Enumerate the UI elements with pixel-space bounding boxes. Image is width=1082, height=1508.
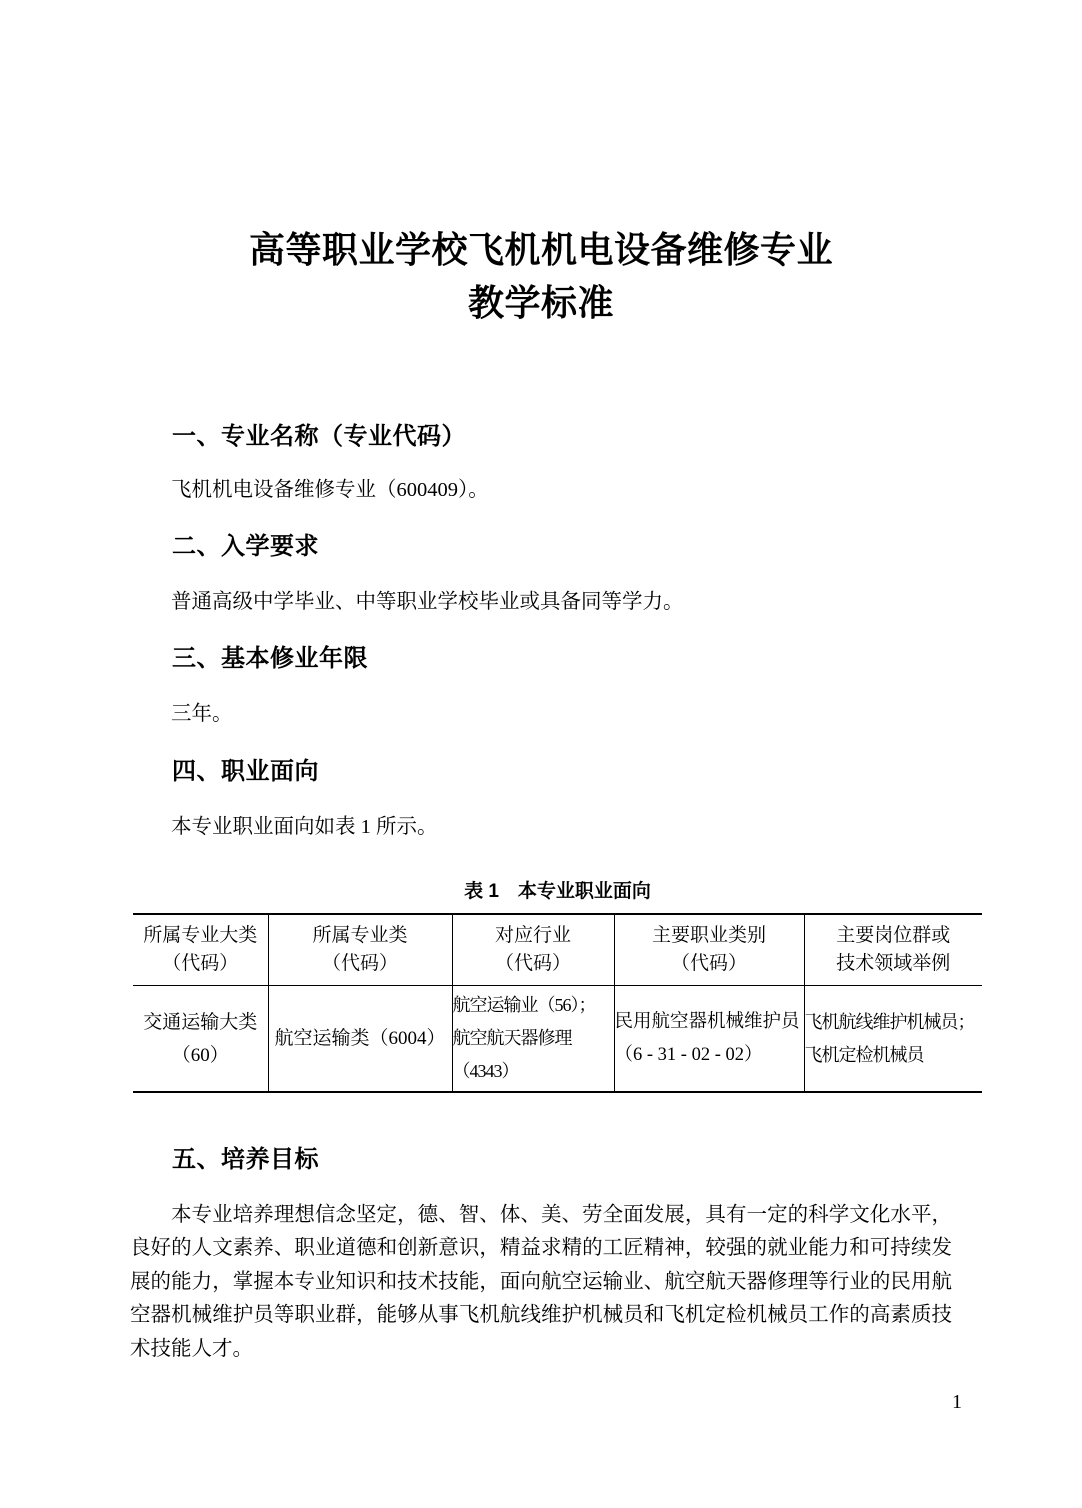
page-number: 1 (130, 1390, 962, 1414)
section-heading-1: 一、专业名称（专业代码） (172, 421, 952, 453)
document-title-line-2: 教学标准 (130, 282, 952, 324)
document-title-line-1: 高等职业学校飞机机电设备维修专业 (130, 229, 952, 271)
section-body-4: 本专业职业面向如表 1 所示。 (130, 812, 952, 842)
section-heading-2: 二、入学要求 (172, 531, 952, 563)
table-header-major-category: 所属专业大类 （代码） (133, 914, 268, 986)
table-header-occupation-category: 主要职业类别 （代码） (614, 914, 804, 986)
table-data-row: 交通运输大类 （60） 航空运输类（6004） 航空运输业（56）； 航空航天器… (133, 986, 982, 1093)
document-page: 高等职业学校飞机机电设备维修专业 教学标准 一、专业名称（专业代码） 飞机机电设… (0, 0, 1082, 1508)
section-heading-4: 四、职业面向 (172, 756, 952, 788)
cell-industry: 航空运输业（56）； 航空航天器修理 （4343） (452, 986, 614, 1093)
section-body-3: 三年。 (130, 699, 952, 729)
section-heading-3: 三、基本修业年限 (172, 643, 952, 675)
cell-post-examples: 飞机航线维护机械员； 飞机定检机械员 (804, 986, 982, 1093)
section-heading-5: 五、培养目标 (172, 1144, 952, 1176)
table-header-major-class: 所属专业类 （代码） (268, 914, 452, 986)
table-caption: 表 1 本专业职业面向 (133, 879, 982, 905)
cell-major-class: 航空运输类（6004） (268, 986, 452, 1093)
cell-major-category: 交通运输大类 （60） (133, 986, 268, 1093)
table-header-post-examples: 主要岗位群或 技术领域举例 (804, 914, 982, 986)
section-body-5: 本专业培养理想信念坚定，德、智、体、美、劳全面发展，具有一定的科学文化水平，良好… (130, 1199, 952, 1366)
section-body-2: 普通高级中学毕业、中等职业学校毕业或具备同等学力。 (130, 587, 952, 617)
page-content: 高等职业学校飞机机电设备维修专业 教学标准 一、专业名称（专业代码） 飞机机电设… (130, 229, 952, 1414)
cell-occupation-category: 民用航空器机械维护员 （6 - 31 - 02 - 02） (614, 986, 804, 1093)
section-body-1: 飞机机电设备维修专业（600409）。 (130, 475, 952, 505)
document-title: 高等职业学校飞机机电设备维修专业 教学标准 (130, 229, 952, 324)
table-header-row: 所属专业大类 （代码） 所属专业类 （代码） 对应行业 （代码） 主要职业类别 … (133, 914, 982, 986)
table-header-industry: 对应行业 （代码） (452, 914, 614, 986)
career-orientation-table: 所属专业大类 （代码） 所属专业类 （代码） 对应行业 （代码） 主要职业类别 … (133, 913, 982, 1093)
